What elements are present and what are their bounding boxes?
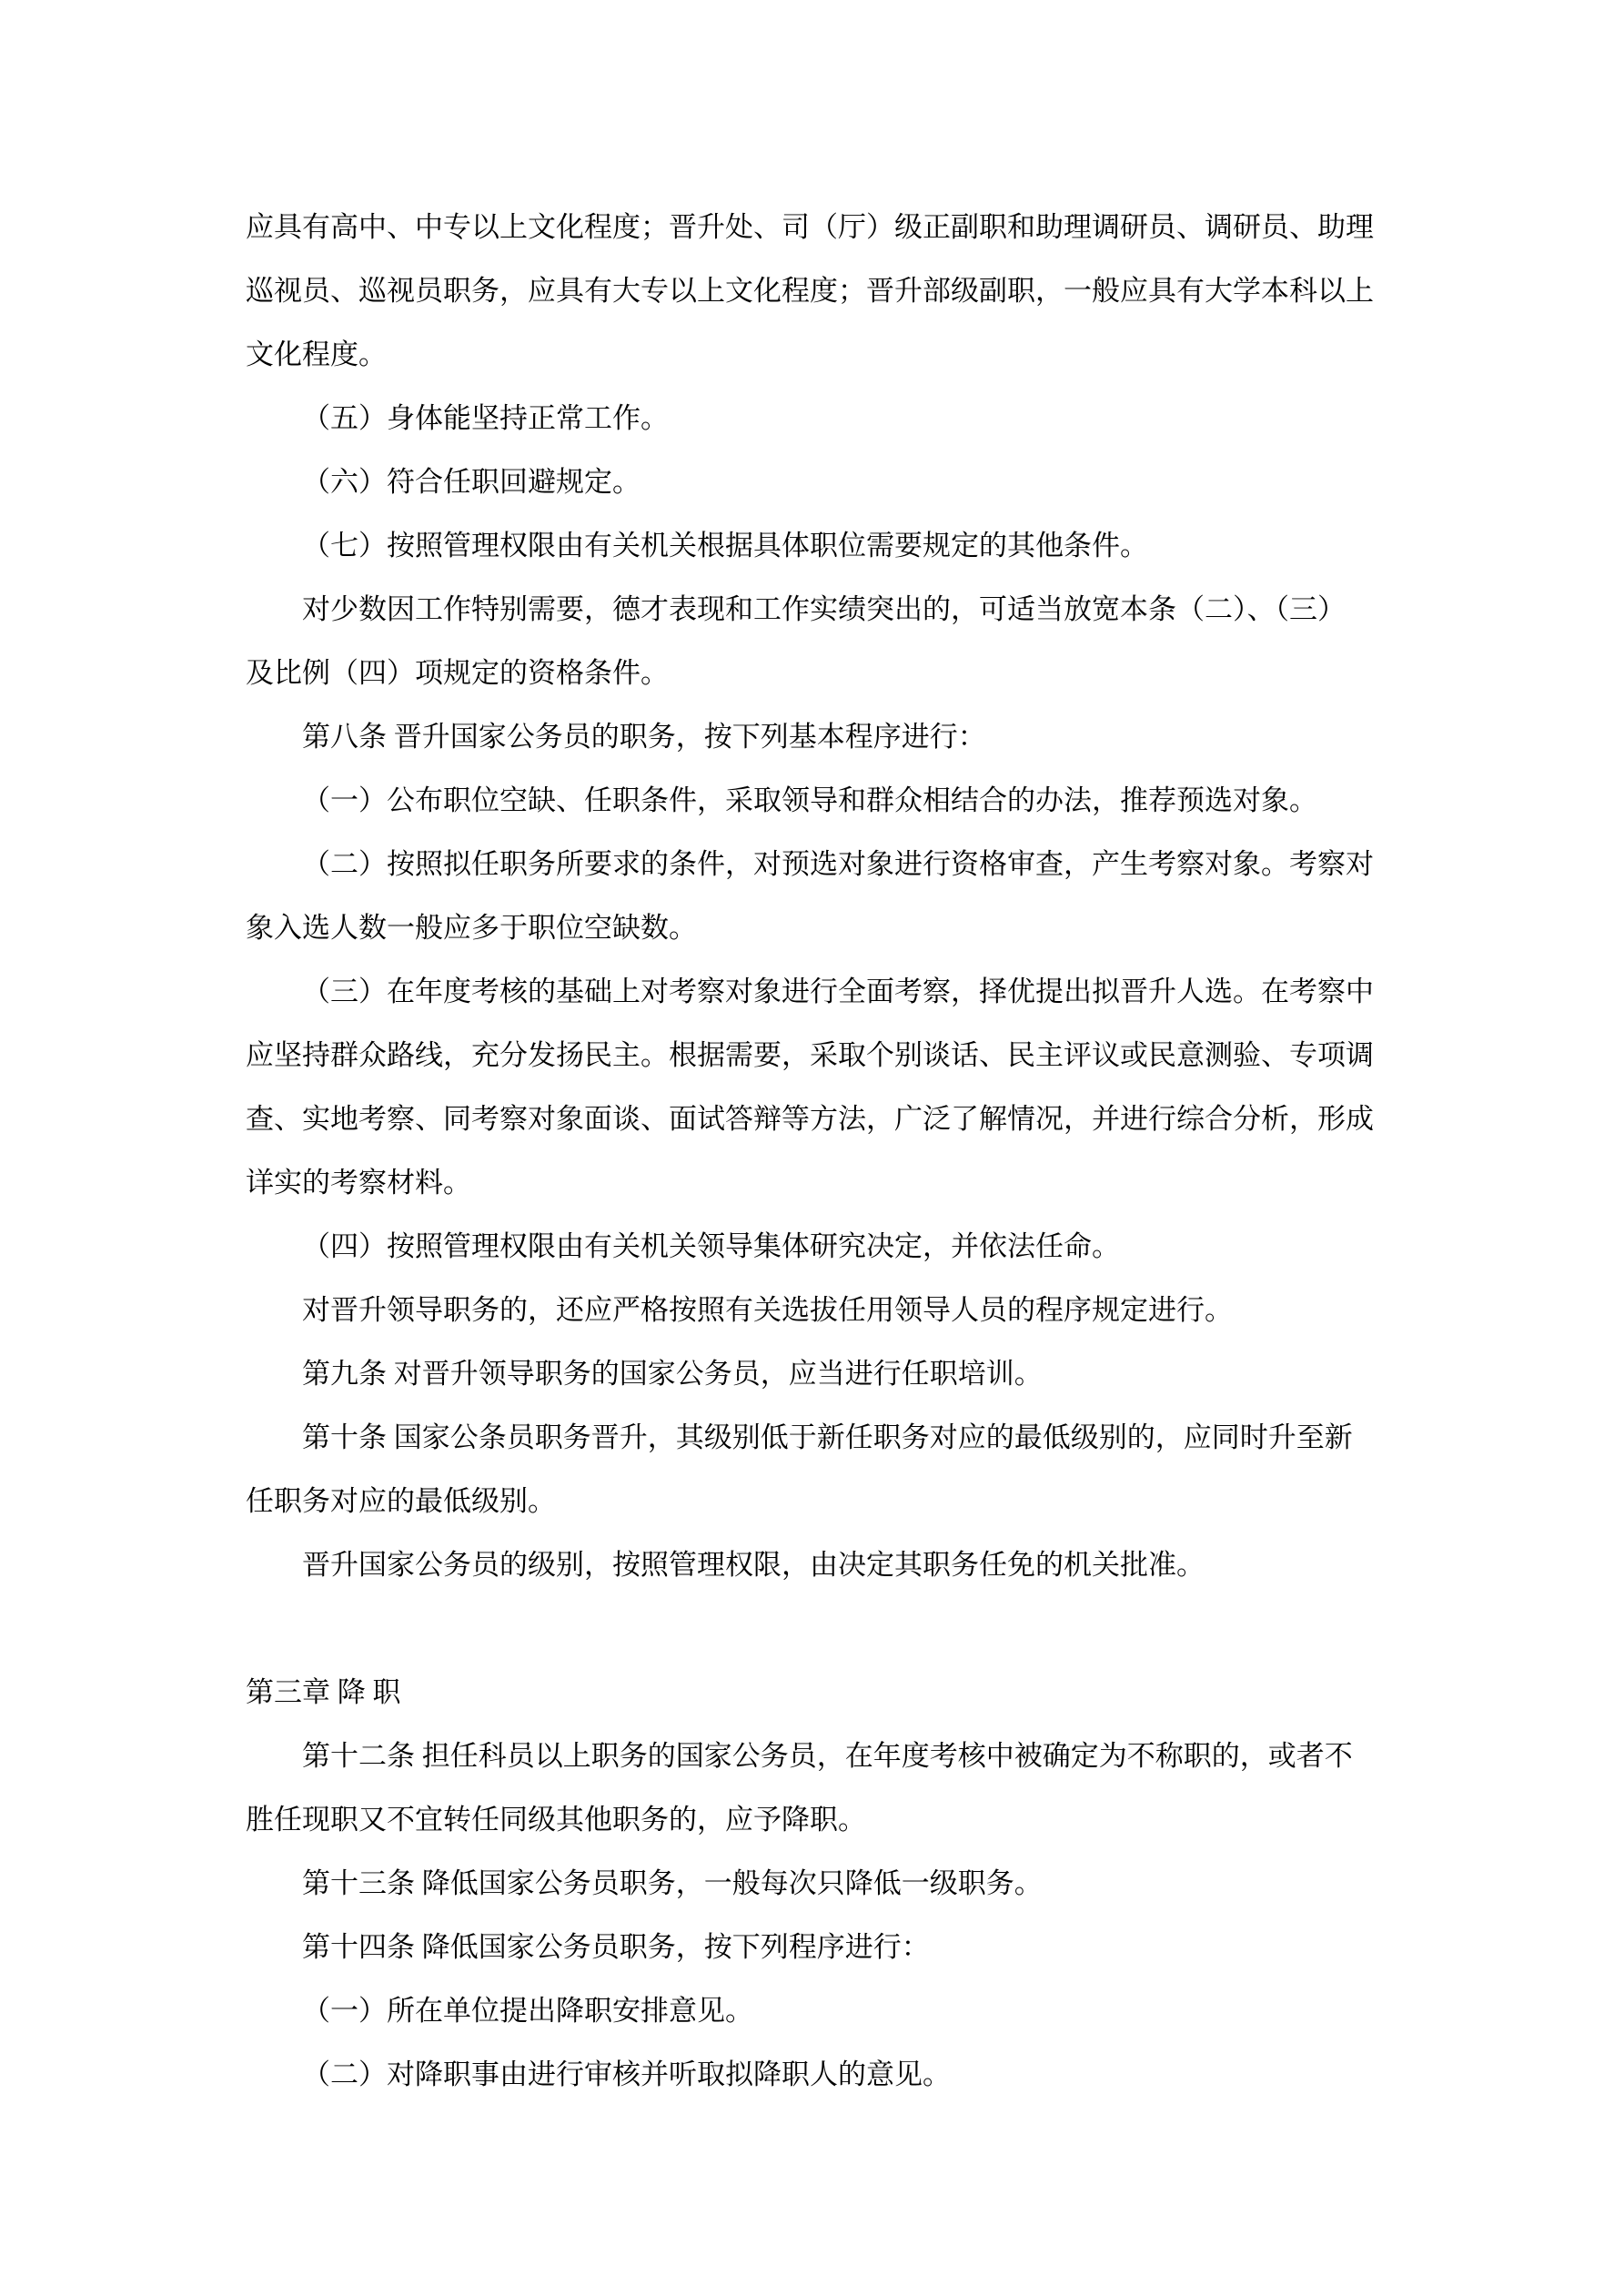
text-line: 应坚持群众路线，充分发扬民主。根据需要，采取个别谈话、民主评议或民意测验、专项调 bbox=[246, 1024, 1378, 1087]
text-line: （一）所在单位提出降职安排意见。 bbox=[246, 1979, 1378, 2043]
text-line: （一）公布职位空缺、任职条件，采取领导和群众相结合的办法，推荐预选对象。 bbox=[246, 769, 1378, 833]
text-line: 文化程度。 bbox=[246, 323, 1378, 387]
text-line: 第九条 对晋升领导职务的国家公务员，应当进行任职培训。 bbox=[246, 1342, 1378, 1406]
text-line: 第十四条 降低国家公务员职务，按下列程序进行： bbox=[246, 1916, 1378, 1979]
text-line: 第十二条 担任科员以上职务的国家公务员，在年度考核中被确定为不称职的，或者不 bbox=[246, 1725, 1378, 1788]
text-line: （二）对降职事由进行审核并听取拟降职人的意见。 bbox=[246, 2043, 1378, 2107]
text-line: 第十三条 降低国家公务员职务，一般每次只降低一级职务。 bbox=[246, 1852, 1378, 1916]
text-line: （六）符合任职回避规定。 bbox=[246, 450, 1378, 514]
text-line: （三）在年度考核的基础上对考察对象进行全面考察，择优提出拟晋升人选。在考察中 bbox=[246, 960, 1378, 1024]
text-line: （二）按照拟任职务所要求的条件，对预选对象进行资格审查，产生考察对象。考察对 bbox=[246, 833, 1378, 896]
text-line: 象入选人数一般应多于职位空缺数。 bbox=[246, 896, 1378, 960]
blank-line bbox=[246, 1597, 1378, 1661]
text-line: （四）按照管理权限由有关机关领导集体研究决定，并依法任命。 bbox=[246, 1215, 1378, 1279]
text-line: 对晋升领导职务的，还应严格按照有关选拔任用领导人员的程序规定进行。 bbox=[246, 1279, 1378, 1342]
text-line: 胜任现职又不宜转任同级其他职务的，应予降职。 bbox=[246, 1788, 1378, 1852]
text-line: 应具有高中、中专以上文化程度；晋升处、司（厅）级正副职和助理调研员、调研员、助理 bbox=[246, 196, 1378, 259]
chapter-heading: 第三章 降 职 bbox=[246, 1661, 1378, 1725]
text-line: （五）身体能坚持正常工作。 bbox=[246, 387, 1378, 450]
text-line: 巡视员、巡视员职务，应具有大专以上文化程度；晋升部级副职，一般应具有大学本科以上 bbox=[246, 259, 1378, 323]
document-body: 应具有高中、中专以上文化程度；晋升处、司（厅）级正副职和助理调研员、调研员、助理… bbox=[246, 196, 1378, 2107]
text-line: 对少数因工作特别需要，德才表现和工作实绩突出的，可适当放宽本条（二）、（三） bbox=[246, 578, 1378, 642]
text-line: 任职务对应的最低级别。 bbox=[246, 1470, 1378, 1533]
text-line: 第八条 晋升国家公务员的职务，按下列基本程序进行： bbox=[246, 705, 1378, 769]
text-line: 详实的考察材料。 bbox=[246, 1151, 1378, 1215]
document-page: 应具有高中、中专以上文化程度；晋升处、司（厅）级正副职和助理调研员、调研员、助理… bbox=[0, 0, 1624, 2296]
text-line: （七）按照管理权限由有关机关根据具体职位需要规定的其他条件。 bbox=[246, 514, 1378, 578]
text-line: 晋升国家公务员的级别，按照管理权限，由决定其职务任免的机关批准。 bbox=[246, 1533, 1378, 1597]
text-line: 及比例（四）项规定的资格条件。 bbox=[246, 642, 1378, 705]
text-line: 第十条 国家公条员职务晋升，其级别低于新任职务对应的最低级别的，应同时升至新 bbox=[246, 1406, 1378, 1470]
text-line: 查、实地考察、同考察对象面谈、面试答辩等方法，广泛了解情况，并进行综合分析，形成 bbox=[246, 1087, 1378, 1151]
